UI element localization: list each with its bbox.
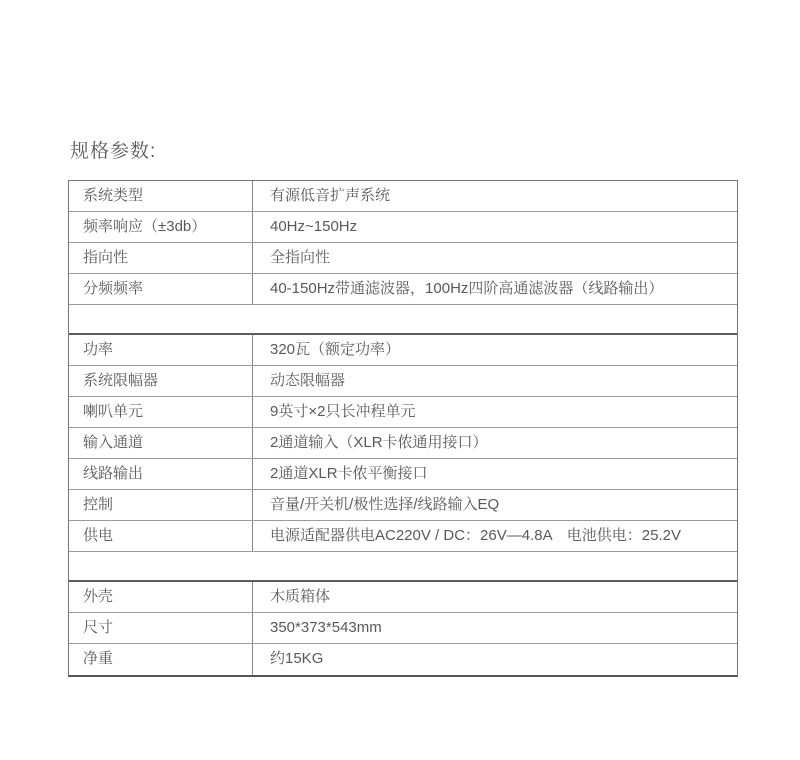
spec-value: 音量/开关机/极性选择/线路输入EQ (253, 490, 737, 520)
spacer-row (69, 552, 737, 582)
spec-row: 线路输出2通道XLR卡侬平衡接口 (69, 459, 737, 490)
spec-label: 指向性 (69, 243, 253, 273)
spec-label: 系统类型 (69, 181, 253, 211)
spec-label: 功率 (69, 335, 253, 365)
spec-value: 40Hz~150Hz (253, 212, 737, 242)
spec-value: 有源低音扩声系统 (253, 181, 737, 211)
spec-value: 动态限幅器 (253, 366, 737, 396)
spec-label: 系统限幅器 (69, 366, 253, 396)
spec-label: 尺寸 (69, 613, 253, 643)
spec-row: 尺寸350*373*543mm (69, 613, 737, 644)
spacer-row (69, 305, 737, 335)
spec-value: 320瓦（额定功率） (253, 335, 737, 365)
spec-table: 系统类型有源低音扩声系统频率响应（±3db）40Hz~150Hz指向性全指向性分… (68, 180, 738, 677)
spec-label: 供电 (69, 521, 253, 551)
spec-value: 350*373*543mm (253, 613, 737, 643)
spec-row: 供电电源适配器供电AC220V / DC：26V—4.8A 电池供电：25.2V (69, 521, 737, 552)
spec-value: 2通道XLR卡侬平衡接口 (253, 459, 737, 489)
spec-label: 频率响应（±3db） (69, 212, 253, 242)
spec-row: 分频频率40-150Hz带通滤波器，100Hz四阶高通滤波器（线路输出） (69, 274, 737, 305)
spec-label: 喇叭单元 (69, 397, 253, 427)
spec-row: 输入通道2通道输入（XLR卡侬通用接口） (69, 428, 737, 459)
spec-label: 输入通道 (69, 428, 253, 458)
product-spec-page: 规格参数: 系统类型有源低音扩声系统频率响应（±3db）40Hz~150Hz指向… (0, 0, 800, 760)
spec-value: 9英寸×2只长冲程单元 (253, 397, 737, 427)
spec-value: 木质箱体 (253, 582, 737, 612)
spec-row: 喇叭单元9英寸×2只长冲程单元 (69, 397, 737, 428)
spec-label: 净重 (69, 644, 253, 675)
spec-row: 系统限幅器动态限幅器 (69, 366, 737, 397)
spec-label: 控制 (69, 490, 253, 520)
spec-label: 线路输出 (69, 459, 253, 489)
spec-row: 外壳木质箱体 (69, 582, 737, 613)
spec-value: 40-150Hz带通滤波器，100Hz四阶高通滤波器（线路输出） (253, 274, 737, 304)
spec-row: 控制音量/开关机/极性选择/线路输入EQ (69, 490, 737, 521)
spec-value: 电源适配器供电AC220V / DC：26V—4.8A 电池供电：25.2V (253, 521, 737, 551)
spec-row: 功率320瓦（额定功率） (69, 335, 737, 366)
spec-label: 分频频率 (69, 274, 253, 304)
page-title: 规格参数: (70, 136, 156, 163)
spec-value: 约15KG (253, 644, 737, 675)
spec-label: 外壳 (69, 582, 253, 612)
spec-value: 2通道输入（XLR卡侬通用接口） (253, 428, 737, 458)
spec-row: 净重约15KG (69, 644, 737, 675)
spec-row: 指向性全指向性 (69, 243, 737, 274)
spec-value: 全指向性 (253, 243, 737, 273)
spec-row: 系统类型有源低音扩声系统 (69, 181, 737, 212)
spec-row: 频率响应（±3db）40Hz~150Hz (69, 212, 737, 243)
